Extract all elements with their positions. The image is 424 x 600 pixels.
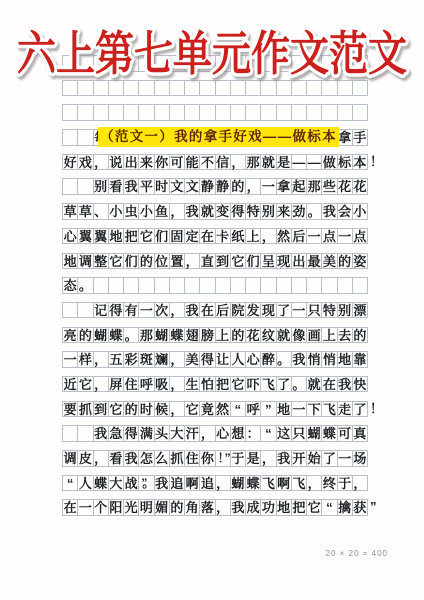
char-cell: 纸 bbox=[230, 228, 246, 245]
char-cell: ， bbox=[230, 154, 246, 171]
char-cell bbox=[291, 104, 307, 121]
char-cell: 悄 bbox=[306, 351, 322, 368]
char-cell: 卡 bbox=[215, 228, 231, 245]
char-cell: 就 bbox=[276, 327, 292, 344]
grid-row: 亮的蝴蝶。那蝴蝶翅膀上的花纹就像画上去的 bbox=[62, 327, 370, 344]
char-cell: 满 bbox=[138, 425, 154, 442]
char-cell: 它 bbox=[184, 401, 200, 418]
char-cell: 一 bbox=[138, 302, 154, 319]
char-cell: 地 bbox=[337, 351, 353, 368]
char-cell: 我 bbox=[337, 376, 353, 393]
grid-row: 近它，屏住呼吸，生怕把它吓飞了。就在我快 bbox=[62, 376, 370, 393]
char-cell: 去 bbox=[337, 327, 353, 344]
char-cell: 人 bbox=[230, 351, 246, 368]
char-cell: 然 bbox=[276, 228, 292, 245]
char-cell: 把 bbox=[291, 499, 307, 516]
char-cell: ， bbox=[199, 425, 215, 442]
char-cell: 下 bbox=[306, 401, 322, 418]
grid-row: 调皮，看我怎么抓住你！”于是，我开始了一场 bbox=[62, 450, 370, 467]
char-cell: 就 bbox=[199, 203, 215, 220]
char-cell: 皮 bbox=[77, 450, 93, 467]
char-cell: 怕 bbox=[199, 376, 215, 393]
char-cell: 把 bbox=[123, 228, 139, 245]
char-cell bbox=[62, 104, 78, 121]
char-cell: 只 bbox=[306, 302, 322, 319]
char-cell: 我 bbox=[321, 203, 337, 220]
char-cell: 蝶 bbox=[321, 425, 337, 442]
char-cell: ， bbox=[93, 351, 109, 368]
char-cell: 要 bbox=[62, 401, 78, 418]
grid-row: 态。 bbox=[62, 277, 370, 294]
char-cell: 得 bbox=[123, 425, 139, 442]
char-cell: 点 bbox=[352, 228, 368, 245]
char-cell: 大 bbox=[108, 475, 124, 492]
char-cell: 明 bbox=[138, 499, 154, 516]
char-cell: — bbox=[291, 154, 307, 171]
char-cell: 它 bbox=[306, 499, 322, 516]
char-cell: 在 bbox=[199, 228, 215, 245]
char-cell: 起 bbox=[291, 178, 307, 195]
char-cell: 醉 bbox=[260, 351, 276, 368]
char-cell: 追 bbox=[169, 475, 185, 492]
char-cell: 后 bbox=[215, 302, 231, 319]
char-cell: 得 bbox=[199, 351, 215, 368]
char-cell bbox=[77, 178, 93, 195]
char-cell: 后 bbox=[291, 228, 307, 245]
char-cell: 它 bbox=[230, 376, 246, 393]
char-cell: ， bbox=[352, 475, 368, 492]
char-cell: 别 bbox=[93, 178, 109, 195]
char-cell bbox=[260, 104, 276, 121]
char-cell: 蝴 bbox=[154, 327, 170, 344]
char-cell bbox=[337, 104, 353, 121]
char-cell: ， bbox=[169, 401, 185, 418]
char-cell: 花 bbox=[337, 178, 353, 195]
char-cell: 整 bbox=[93, 253, 109, 270]
char-cell: 有 bbox=[123, 302, 139, 319]
char-cell: 它 bbox=[77, 376, 93, 393]
char-cell: — bbox=[306, 154, 322, 171]
char-cell: 呼 bbox=[245, 401, 261, 418]
char-cell: 现 bbox=[276, 253, 292, 270]
char-cell: 心 bbox=[62, 228, 78, 245]
char-cell: ： bbox=[245, 425, 261, 442]
char-cell: 翅 bbox=[184, 327, 200, 344]
char-cell: 啊 bbox=[276, 475, 292, 492]
char-cell: 我 bbox=[154, 475, 170, 492]
char-cell: ， bbox=[215, 499, 231, 516]
char-cell: 它 bbox=[108, 253, 124, 270]
char-cell: 。 bbox=[291, 376, 307, 393]
char-cell: ， bbox=[260, 450, 276, 467]
char-cell bbox=[245, 104, 261, 121]
char-cell: 标 bbox=[337, 154, 353, 171]
char-cell: 只 bbox=[291, 425, 307, 442]
char-cell: ” bbox=[260, 401, 276, 418]
char-cell: 信 bbox=[215, 154, 231, 171]
char-cell: 它 bbox=[138, 228, 154, 245]
char-cell: “ bbox=[260, 425, 276, 442]
char-cell: 一 bbox=[291, 401, 307, 418]
char-cell: 那 bbox=[245, 154, 261, 171]
char-cell: 会 bbox=[337, 203, 353, 220]
char-cell: 一 bbox=[62, 351, 78, 368]
char-cell: 的 bbox=[352, 327, 368, 344]
char-cell bbox=[199, 104, 215, 121]
char-cell: 到 bbox=[93, 401, 109, 418]
char-cell bbox=[306, 104, 322, 121]
char-cell: 小 bbox=[138, 203, 154, 220]
overflow-char: ！ bbox=[370, 154, 383, 171]
char-cell: 变 bbox=[215, 203, 231, 220]
char-cell: 竟 bbox=[199, 401, 215, 418]
page-container: （范文一）我的拿手好戏——做标本 每个人都有自己的拿手好戏，而我的拿手好戏，说出… bbox=[0, 0, 424, 600]
char-cell: ， bbox=[184, 253, 200, 270]
char-cell: 在 bbox=[62, 499, 78, 516]
char-cell: 阳 bbox=[108, 499, 124, 516]
char-cell bbox=[352, 104, 368, 121]
char-cell bbox=[337, 277, 353, 294]
char-cell bbox=[306, 277, 322, 294]
char-cell: 特 bbox=[245, 203, 261, 220]
char-cell: 姿 bbox=[352, 253, 368, 270]
char-cell: 么 bbox=[154, 450, 170, 467]
char-cell: 我 bbox=[184, 302, 200, 319]
char-cell: 好 bbox=[62, 154, 78, 171]
grid-row: 地调整它们的位置，直到它们呈现出最美的姿 bbox=[62, 253, 370, 270]
char-cell: 花 bbox=[352, 178, 368, 195]
char-cell: 的 bbox=[230, 178, 246, 195]
page-title-text: 六上第七单元作文范文 bbox=[17, 27, 407, 80]
char-cell: 大 bbox=[169, 425, 185, 442]
char-cell: 于 bbox=[337, 475, 353, 492]
char-cell: 样 bbox=[77, 351, 93, 368]
overflow-char: ” bbox=[370, 499, 377, 516]
char-cell: 我 bbox=[123, 178, 139, 195]
char-cell: ！” bbox=[215, 450, 231, 467]
char-cell: 调 bbox=[62, 450, 78, 467]
char-cell bbox=[123, 104, 139, 121]
char-cell bbox=[245, 277, 261, 294]
char-cell: ， bbox=[245, 178, 261, 195]
char-cell: 呼 bbox=[138, 376, 154, 393]
grid-row: 要抓到它的时候，它竟然“呼”地一下飞走了！ bbox=[62, 401, 370, 418]
char-cell: 蝶 bbox=[108, 327, 124, 344]
char-cell: 成 bbox=[245, 499, 261, 516]
char-cell: 院 bbox=[230, 302, 246, 319]
char-cell: 置 bbox=[169, 253, 185, 270]
char-cell: 戏 bbox=[77, 154, 93, 171]
char-cell: ”。 bbox=[138, 475, 154, 492]
char-cell: 。 bbox=[77, 277, 93, 294]
char-cell bbox=[184, 104, 200, 121]
char-cell: 获 bbox=[352, 499, 368, 516]
char-cell bbox=[62, 129, 78, 146]
char-cell: 蝶 bbox=[169, 327, 185, 344]
char-cell bbox=[260, 277, 276, 294]
char-cell: 蝶 bbox=[245, 475, 261, 492]
char-cell: 一 bbox=[291, 302, 307, 319]
char-cell: 战 bbox=[123, 475, 139, 492]
char-cell: 来 bbox=[276, 203, 292, 220]
grid-row: 好戏，说出来你可能不信，那就是——做标本！ bbox=[62, 154, 370, 171]
char-cell: 蝴 bbox=[230, 475, 246, 492]
char-cell: 到 bbox=[215, 253, 231, 270]
char-cell: 角 bbox=[184, 499, 200, 516]
char-cell: 就 bbox=[306, 376, 322, 393]
char-cell: 劲 bbox=[291, 203, 307, 220]
char-cell: 出 bbox=[123, 154, 139, 171]
char-cell: 得 bbox=[108, 302, 124, 319]
char-cell: 斓 bbox=[154, 351, 170, 368]
char-cell: 急 bbox=[108, 425, 124, 442]
char-cell bbox=[154, 277, 170, 294]
char-cell: 然 bbox=[215, 401, 231, 418]
grid-row: 别看我平时文文静静的，一拿起那些花花 bbox=[62, 178, 370, 195]
char-cell bbox=[77, 425, 93, 442]
char-cell: 近 bbox=[62, 376, 78, 393]
char-cell: 是 bbox=[245, 450, 261, 467]
char-cell: 飞 bbox=[260, 475, 276, 492]
char-cell: 们 bbox=[154, 228, 170, 245]
char-cell: 啊 bbox=[184, 475, 200, 492]
char-cell: 的 bbox=[138, 253, 154, 270]
char-cell bbox=[77, 129, 93, 146]
char-cell: 光 bbox=[123, 499, 139, 516]
char-cell: 草 bbox=[77, 203, 93, 220]
char-cell: 我 bbox=[291, 351, 307, 368]
grid-row: 心翼翼地把它们固定在卡纸上，然后一点一点 bbox=[62, 228, 370, 245]
grid-row: 草草、小虫小鱼，我就变得特别来劲。我会小 bbox=[62, 203, 370, 220]
char-cell: ， bbox=[169, 203, 185, 220]
char-cell bbox=[169, 104, 185, 121]
char-cell: 在 bbox=[199, 302, 215, 319]
char-cell: 那 bbox=[138, 327, 154, 344]
char-cell: 位 bbox=[154, 253, 170, 270]
char-cell: 虫 bbox=[123, 203, 139, 220]
char-cell: 住 bbox=[123, 376, 139, 393]
char-cell: 的 bbox=[77, 327, 93, 344]
char-cell: 最 bbox=[306, 253, 322, 270]
char-cell: 的 bbox=[337, 253, 353, 270]
char-cell: 我 bbox=[93, 425, 109, 442]
char-cell: 别 bbox=[260, 203, 276, 220]
char-cell: 住 bbox=[184, 450, 200, 467]
char-cell: 想 bbox=[230, 425, 246, 442]
char-cell: 真 bbox=[352, 425, 368, 442]
char-cell: ， bbox=[215, 475, 231, 492]
char-cell bbox=[93, 104, 109, 121]
char-cell: 追 bbox=[199, 475, 215, 492]
char-cell: 一 bbox=[260, 178, 276, 195]
char-cell: 得 bbox=[230, 203, 246, 220]
char-cell: 蝶 bbox=[93, 475, 109, 492]
char-cell: 了 bbox=[352, 401, 368, 418]
char-cell: 鱼 bbox=[154, 203, 170, 220]
char-cell: 膀 bbox=[199, 327, 215, 344]
char-cell: 功 bbox=[260, 499, 276, 516]
char-cell: 本 bbox=[352, 154, 368, 171]
char-cell: ， bbox=[169, 376, 185, 393]
char-cell: 一 bbox=[77, 499, 93, 516]
char-cell: 。 bbox=[123, 327, 139, 344]
char-cell: 调 bbox=[77, 253, 93, 270]
char-cell: 记 bbox=[93, 302, 109, 319]
char-cell: 抓 bbox=[77, 401, 93, 418]
char-cell: “ bbox=[321, 499, 337, 516]
char-cell bbox=[352, 277, 368, 294]
char-cell bbox=[321, 277, 337, 294]
char-cell: 开 bbox=[291, 450, 307, 467]
char-cell: 场 bbox=[352, 450, 368, 467]
char-cell: 来 bbox=[138, 154, 154, 171]
char-cell: 别 bbox=[337, 302, 353, 319]
char-cell: 在 bbox=[321, 376, 337, 393]
char-cell: 定 bbox=[184, 228, 200, 245]
manuscript-sheet: （范文一）我的拿手好戏——做标本 每个人都有自己的拿手好戏，而我的拿手好戏，说出… bbox=[62, 55, 370, 524]
char-cell: 像 bbox=[291, 327, 307, 344]
char-cell bbox=[321, 104, 337, 121]
char-cell: 吸 bbox=[154, 376, 170, 393]
char-cell: 了 bbox=[276, 376, 292, 393]
char-cell: 漂 bbox=[352, 302, 368, 319]
grid-row bbox=[62, 104, 370, 121]
char-cell: 做 bbox=[321, 154, 337, 171]
char-cell: 快 bbox=[352, 376, 368, 393]
char-cell bbox=[215, 104, 231, 121]
char-cell: 翼 bbox=[93, 228, 109, 245]
char-cell: 它 bbox=[230, 253, 246, 270]
overflow-char: ！ bbox=[370, 401, 383, 418]
char-cell: 斑 bbox=[138, 351, 154, 368]
char-cell: 生 bbox=[184, 376, 200, 393]
char-cell: ， bbox=[169, 302, 185, 319]
char-cell bbox=[230, 104, 246, 121]
char-cell: 态 bbox=[62, 277, 78, 294]
char-cell: 的 bbox=[123, 401, 139, 418]
char-cell bbox=[291, 277, 307, 294]
char-cell: 地 bbox=[108, 228, 124, 245]
char-cell: 抓 bbox=[169, 450, 185, 467]
char-cell: 始 bbox=[306, 450, 322, 467]
char-cell: 小 bbox=[352, 203, 368, 220]
char-cell bbox=[154, 104, 170, 121]
char-cell: 走 bbox=[337, 401, 353, 418]
char-cell: 我 bbox=[123, 450, 139, 467]
char-cell: 让 bbox=[215, 351, 231, 368]
char-cell bbox=[77, 104, 93, 121]
char-cell: 你 bbox=[199, 450, 215, 467]
page-title: 六上第七单元作文范文 bbox=[0, 0, 424, 92]
char-cell: ， bbox=[93, 376, 109, 393]
char-cell bbox=[62, 178, 78, 195]
char-cell: 们 bbox=[245, 253, 261, 270]
char-cell: 现 bbox=[260, 302, 276, 319]
char-cell: 心 bbox=[245, 351, 261, 368]
char-cell: 次 bbox=[154, 302, 170, 319]
char-cell: 媚 bbox=[154, 499, 170, 516]
char-cell: 一 bbox=[306, 228, 322, 245]
char-cell: 吓 bbox=[245, 376, 261, 393]
grid-row: “人蝶大战”。我追啊追，蝴蝶飞啊飞，终于， bbox=[62, 475, 370, 492]
char-cell: 亮 bbox=[62, 327, 78, 344]
char-cell: 静 bbox=[215, 178, 231, 195]
char-cell: 特 bbox=[321, 302, 337, 319]
char-cell: 不 bbox=[199, 154, 215, 171]
char-cell bbox=[123, 277, 139, 294]
char-cell: 固 bbox=[169, 228, 185, 245]
char-cell: 落 bbox=[199, 499, 215, 516]
char-cell: 看 bbox=[108, 178, 124, 195]
char-cell: 地 bbox=[62, 253, 78, 270]
char-cell: 、 bbox=[93, 203, 109, 220]
char-cell: 呈 bbox=[260, 253, 276, 270]
char-cell: 我 bbox=[276, 450, 292, 467]
grid-count-note: 20 × 20 = 400 bbox=[326, 549, 388, 558]
char-cell: 它 bbox=[108, 401, 124, 418]
char-cell: 翼 bbox=[77, 228, 93, 245]
char-cell: 时 bbox=[154, 178, 170, 195]
grid-row: 我急得满头大汗，心想：“这只蝴蝶可真 bbox=[62, 425, 370, 442]
char-cell: 。 bbox=[276, 351, 292, 368]
grid-row: 记得有一次，我在后院发现了一只特别漂 bbox=[62, 302, 370, 319]
char-cell: 上 bbox=[321, 327, 337, 344]
char-cell: 个 bbox=[93, 499, 109, 516]
char-cell: ， bbox=[260, 228, 276, 245]
char-cell: 汗 bbox=[184, 425, 200, 442]
char-cell: 的 bbox=[230, 327, 246, 344]
char-cell: 就 bbox=[260, 154, 276, 171]
char-cell: 上 bbox=[215, 327, 231, 344]
char-cell: “ bbox=[62, 475, 78, 492]
char-cell bbox=[169, 277, 185, 294]
char-cell: 文 bbox=[169, 178, 185, 195]
char-cell: 悄 bbox=[321, 351, 337, 368]
char-cell: 画 bbox=[306, 327, 322, 344]
char-cell: 花 bbox=[245, 327, 261, 344]
char-cell: 候 bbox=[154, 401, 170, 418]
char-cell: 飞 bbox=[321, 401, 337, 418]
char-cell: 。 bbox=[306, 203, 322, 220]
char-cell: 一 bbox=[337, 228, 353, 245]
char-cell: 小 bbox=[108, 203, 124, 220]
char-cell: 直 bbox=[199, 253, 215, 270]
char-cell: 心 bbox=[215, 425, 231, 442]
char-cell: 靠 bbox=[352, 351, 368, 368]
char-cell: 了 bbox=[276, 302, 292, 319]
char-cell: 我 bbox=[184, 203, 200, 220]
char-cell: 蝴 bbox=[93, 327, 109, 344]
char-cell: 终 bbox=[321, 475, 337, 492]
char-cell: 手 bbox=[352, 129, 368, 146]
char-cell: 美 bbox=[184, 351, 200, 368]
char-cell bbox=[199, 277, 215, 294]
grid-row: 在一个阳光明媚的角落，我成功地把它“擒获” bbox=[62, 499, 370, 516]
char-cell: 这 bbox=[276, 425, 292, 442]
char-cell: 些 bbox=[321, 178, 337, 195]
char-cell: “ bbox=[230, 401, 246, 418]
char-cell: 人 bbox=[77, 475, 93, 492]
char-cell: 静 bbox=[199, 178, 215, 195]
char-cell: 草 bbox=[62, 203, 78, 220]
char-cell bbox=[93, 277, 109, 294]
char-cell bbox=[62, 425, 78, 442]
char-cell: 点 bbox=[321, 228, 337, 245]
char-cell bbox=[138, 104, 154, 121]
char-cell: 五 bbox=[108, 351, 124, 368]
char-cell: 你 bbox=[154, 154, 170, 171]
char-cell bbox=[230, 277, 246, 294]
